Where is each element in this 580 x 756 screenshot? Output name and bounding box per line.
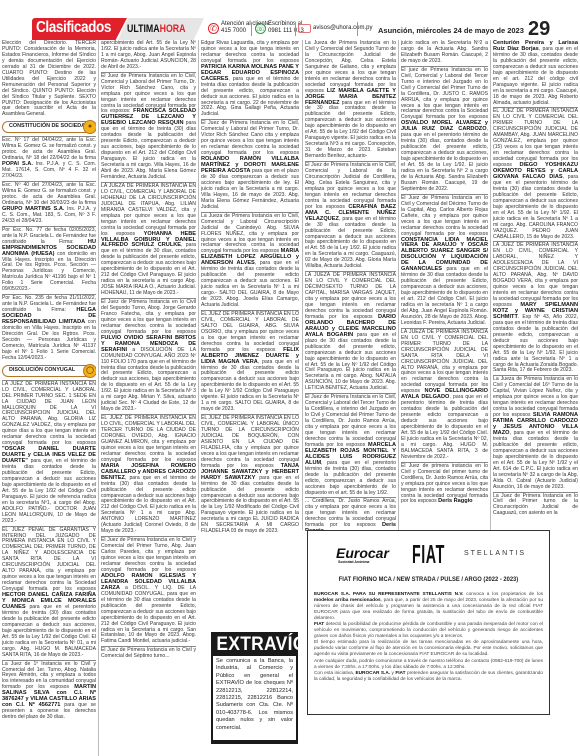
notice-text: para que en el plazo de 30 días contados… <box>305 332 396 392</box>
notice-item: El Juez de Primera Instancia en lo Civil… <box>101 536 196 645</box>
notice-text: El Juez de Primera Instancia en lo Civil… <box>101 537 196 573</box>
notice-text: , para que en el término de 30 días cont… <box>201 359 299 413</box>
notice-text: Por Esc. No. 77 de fecha 02/05/2023, ant… <box>2 227 96 245</box>
column-divider <box>198 40 199 530</box>
ad-paragraph: Con esta iniciativa, EUROCAR S.A. y FIAT… <box>314 671 543 683</box>
notice-text: El Juez de Primera Instancia en lo Civil… <box>101 648 196 660</box>
phone-icon: ✆ <box>208 23 219 34</box>
ad-text: Con esta iniciativa, <box>314 671 355 676</box>
page-header: Clasificados ULTIMAHORA ✆ Atención al cl… <box>0 0 580 40</box>
notice-text: LA JUEZ DE PRIMERA INSTANCIA EN LO CIVIL… <box>2 381 96 447</box>
notice-item: El Juez de Primera Instancia en lo Civil… <box>201 119 299 210</box>
notice-text: para que en el término de 30 días contad… <box>401 266 488 326</box>
eurocar-recall-ad: Eurocar Sociedad Anónima FIAT STELLANTIS… <box>307 530 550 715</box>
spouses-names: OSVALDO MOREL ALVAREZ y JULIA RUIZ DIAZ … <box>401 120 488 132</box>
notice-text: , para que en el término de treinta días… <box>201 260 299 308</box>
brand-ultima: ULTIMA <box>127 23 160 35</box>
notice-text: , para que en el perentorio término de t… <box>493 174 578 240</box>
notice-item: LA JUEZA DE PRIMERA INSTANCIA EN LO CIVI… <box>401 328 488 461</box>
page-number: 29 <box>528 18 550 41</box>
notice-item: El Juez de Primera Instancia en lo Civil… <box>305 161 396 270</box>
notice-text: LA JUEZA DE PRIMERA INSTANCIA EN LO CIVI… <box>101 183 196 237</box>
notice-item: La Juez de Primera Instancia en lo Civil… <box>493 492 578 518</box>
notice-text: EL JUEZ DE PRIMERA INSTANCIA EN LO CIVIL… <box>201 415 299 469</box>
notice-text: EL JUEZ DE PRIMERA INSTANCIA EN LO CIVIL… <box>101 415 196 463</box>
notice-text: EL JUEZ PENAL DE GARANTÍAS Y INTERINO DE… <box>2 527 96 593</box>
notice-text: , para que en el perentorio término de t… <box>401 126 488 192</box>
notice-text: con domicilio en Villa Hayes. Inscripto … <box>2 319 96 361</box>
brand-logo: ULTIMAHORA <box>127 23 186 35</box>
notice-text: para que en el plazo de 30 días comparez… <box>201 168 299 210</box>
notice-text: , para que en el término de treinta (30)… <box>101 475 196 535</box>
notice-item: La Juez de 1º Instancia en lo Civil y Co… <box>2 660 96 722</box>
notice-text: juicio radica en la Secretaría Nº2 a car… <box>401 41 488 65</box>
notice-item: La Jueza de Primera Instancia en lo Civi… <box>305 40 396 160</box>
extravio-title: EXTRAVÍO <box>216 634 292 656</box>
notice-text: Edgar Rivas Laguardia, cita y emplaza po… <box>201 40 299 64</box>
customer-service-phone: 415 7000 <box>221 28 246 34</box>
extravio-notice: EXTRAVÍO Se comunica a la Banca, la Indu… <box>211 632 298 744</box>
notice-assembly: Elección del Directorio. TERCER PUNTO: C… <box>2 40 96 118</box>
ad-models-title: FIAT FIORINO MCA / NEW STRADA / PULSE / … <box>322 576 534 583</box>
notice-item: EL JUEZ DE PRIMERA INSTANCIA EN LO CIVIL… <box>493 107 578 240</box>
notice-item: El Juez de Primera Instancia en lo Civil… <box>101 72 196 181</box>
notice-item: El Juez de Primera Instancia en lo Civil… <box>401 194 488 327</box>
column-divider <box>302 40 303 530</box>
notice-item: LA JUEZA DE PRIMERA INSTANCIA EN LO CIVI… <box>305 271 396 392</box>
ad-paragraph: Ante cualquier duda, podrán comunicarse … <box>314 659 543 671</box>
column-3: Edgar Rivas Laguardia, cita y emplaza po… <box>201 40 299 630</box>
section-title: Clasificados <box>36 19 111 37</box>
column-6: Centurión Pereira y Larissa Ruiz Díaz Bo… <box>493 40 578 531</box>
badge-label: DISOLUCIÓN CONYUGAL <box>9 368 75 374</box>
ad-text: detectó la posibilidad de producirse pér… <box>314 622 543 639</box>
divider <box>357 22 358 36</box>
notice-text: a DISOL. Y LIQ. DE LA COMUNIDAD CONYUGAL… <box>101 585 196 645</box>
notice-text: , para que en el término de 30 días, con… <box>493 46 578 106</box>
notice-item: LA JUEZ DE PRIMERA INSTANCIA EN LO CIVIL… <box>2 380 96 525</box>
publication-date: Asunción, miércoles 24 de mayo de 2023 <box>378 26 524 35</box>
divider <box>251 22 252 36</box>
notice-text: El Juez de Primera Instancia en lo Civil… <box>201 120 299 156</box>
eurocar-subtitle: Sociedad Anónima <box>338 560 369 564</box>
column-divider <box>98 40 99 756</box>
notice-text: . Exp Nº 43, Año 2022, para que en el té… <box>493 314 578 374</box>
notice-text: , para que en el término de 30 días cont… <box>305 216 396 270</box>
notice-item: Esc. Nº 17 del 04/04/22, ante la Esc. Wi… <box>2 136 96 180</box>
column-2: apercibimiento del Art. 55 de la Ley Nº … <box>101 40 196 756</box>
notice-text: LA JUEZA DE PRIMERA INSTANCIA EN LO CIVI… <box>305 272 396 320</box>
email-contact[interactable]: avisos@uhora.com.py <box>298 24 372 33</box>
notice-text: El Juez de Primera Instancia en lo Civil… <box>305 162 396 210</box>
coins-icon: ● <box>83 120 96 134</box>
notice-text: a DISOLUCIÓN DE LA COMUNIDAD CONYUGAL AÑ… <box>101 347 196 413</box>
section-badge-constitucion: CONSTITUCIÓN DE SOCIEDAD● <box>2 121 96 133</box>
notice-text: LA JUEZ DE PRIMERA INSTANCIA EN LO CIVIL… <box>493 242 578 308</box>
notice-text: Elección del Directorio. TERCER PUNTO: C… <box>2 41 96 118</box>
notice-text: El Juez de Primera Instancia en lo Civil… <box>401 195 488 237</box>
brand-hora: HORA <box>160 23 186 35</box>
notice-text: , para que en el perentorio término de t… <box>305 460 396 496</box>
notice-item: El juez de Primera Instancia en lo Civil… <box>401 66 488 193</box>
ad-logos: Eurocar Sociedad Anónima FIAT STELLANTIS <box>308 545 549 569</box>
notice-text: , para que en el término de treinta días… <box>493 430 578 490</box>
eurocar-logo: Eurocar <box>336 545 389 561</box>
notice-item: ... Cordillera, Dr. Justo Ramos Arrúa, c… <box>305 497 396 531</box>
divider <box>295 22 296 36</box>
notice-item: El Juez de Primera Instancia en lo Civil… <box>305 393 396 496</box>
notice-text: , para que en el perentorio término de t… <box>401 394 488 460</box>
notice-item: Esc. Nº 40 del 27/04/23, ante la Esc. Wi… <box>2 181 96 225</box>
ad-bold: FIAT <box>395 671 405 676</box>
notice-text: para que, en el término de treinta días … <box>2 458 96 524</box>
whatsapp-icon: ☏ <box>255 23 266 34</box>
notice-item: LA JUEZ DE PRIMERA INSTANCIA EN LO CIVIL… <box>493 241 578 374</box>
notice-text: apercibimiento del Art. 55 de la Ley Nº … <box>101 41 196 71</box>
notice-text: para que en el término de treinta (30) d… <box>101 120 196 180</box>
notice-text: El juez de Primera Instancia en lo Civil… <box>401 67 488 121</box>
notice-text: La Jueza de Primera Instancia en lo Civi… <box>305 40 396 94</box>
badge-label: CONSTITUCIÓN DE SOCIEDAD <box>9 124 89 130</box>
ad-paragraph: El tiempo estimado para la realización d… <box>314 640 543 658</box>
notice-item: Edgar Rivas Laguardia, cita y emplaza po… <box>201 40 299 118</box>
column-divider <box>490 40 491 530</box>
ad-paragraph: FIAT detectó la posibilidad de producirs… <box>314 622 543 640</box>
extravio-body: Se comunica a la Banca, la Industria, al… <box>213 656 296 740</box>
notice-text: Esc. Nº 17 del 04/04/22, ante la Esc. Wi… <box>2 137 96 161</box>
notice-item: apercibimiento del Art. 55 de la Ley Nº … <box>101 40 196 71</box>
spouses-names: Deris Raggio <box>438 498 473 504</box>
notice-item: El Juez de Primera Instancia en lo Civil… <box>101 646 196 660</box>
mail-icon <box>298 24 311 33</box>
notice-text: con domicilio en Villa Hayes. Inscripto … <box>2 251 96 293</box>
section-badge-disolucion: DISOLUCIÓN CONYUGAL◯ <box>2 365 96 377</box>
column-4: La Jueza de Primera Instancia en lo Civi… <box>305 40 396 531</box>
notice-text: Esc. Nº 40 del 27/04/23, ante la Esc. Wi… <box>2 182 96 206</box>
notice-item: EL JUEZ DE PRIMERA INSTANCIA EN LO CIVIL… <box>201 310 299 413</box>
notice-item: El Juez de Primera Instancia en lo Civil… <box>101 298 196 413</box>
ad-bold: EUROCAR S.A. <box>355 671 390 676</box>
notice-text: LA JUEZA DE PRIMERA INSTANCIA EN LO CIVI… <box>401 329 488 395</box>
notice-item: EL JUEZ PENAL DE GARANTÍAS Y INTERINO DE… <box>2 526 96 659</box>
notice-item: Centurión Pereira y Larissa Ruiz Díaz Bo… <box>493 40 578 106</box>
stellantis-logo: STELLANTIS <box>464 550 526 557</box>
ad-text: convoca a los propietarios de los <box>463 592 543 597</box>
column-1: Elección del Directorio. TERCER PUNTO: C… <box>2 40 96 756</box>
email-address: avisos@uhora.com.py <box>313 25 372 32</box>
whatsapp-contact[interactable]: ☏ Escríbinos al0981 111 013 <box>255 21 304 35</box>
notice-text: para que en el término de 30 días contad… <box>201 475 299 535</box>
notice-text: El Juez de Primera Instancia en lo Civil… <box>305 394 396 448</box>
notice-item: La Jueza de Primera Instancia en lo Civi… <box>201 212 299 309</box>
notice-item: La Jueza de Primera Instancia en lo Civi… <box>493 375 578 490</box>
notice-text: EL JUEZ DE PRIMERA INSTANCIA EN LO CIVIL… <box>493 108 578 168</box>
column-divider <box>398 40 399 530</box>
ad-bold: FIAT <box>314 622 324 627</box>
fiat-logo: FIAT <box>412 539 445 570</box>
notice-item: EL JUEZ DE PRIMERA INSTANCIA EN LO CIVIL… <box>201 414 299 535</box>
notice-text: El Juez de Primera Instancia en lo Civil… <box>101 299 196 335</box>
column-5: juicio radica en la Secretaría Nº2 a car… <box>401 40 488 531</box>
notice-text: , para que en el término de treinta días… <box>201 76 299 118</box>
rings-icon: ◯ <box>83 364 96 378</box>
notice-text: para que en el término de 30 días contad… <box>305 100 396 160</box>
notice-text: para que en el perentorio término de tre… <box>2 604 96 658</box>
ad-bold: modelos arriba mencionados <box>314 598 381 603</box>
notice-item: EL JUEZ DE PRIMERA INSTANCIA EN LO CIVIL… <box>101 414 196 535</box>
notice-item: El Juez de primera instancia en lo Civil… <box>401 462 488 506</box>
ad-bold: EUROCAR S.A. PARA SU REPRESENTANTE STELL… <box>314 592 463 597</box>
notice-text: La Juez de Primera Instancia en lo Civil… <box>493 494 578 518</box>
notice-item: Por Esc. No. 235 de fecha 21/11/2022, an… <box>2 294 96 361</box>
notice-item: LA JUEZA DE PRIMERA INSTANCIA EN LO CIVI… <box>101 182 196 297</box>
notice-item: Por Esc. No. 77 de fecha 02/05/2023, ant… <box>2 226 96 293</box>
ad-body: EUROCAR S.A. PARA SU REPRESENTANTE STELL… <box>314 592 543 683</box>
ad-paragraph: EUROCAR S.A. PARA SU REPRESENTANTE STELL… <box>314 592 543 622</box>
notice-text: , para que en el término de 30 días, con… <box>101 242 196 296</box>
notice-item: juicio radica en la Secretaría Nº2 a car… <box>401 40 488 65</box>
